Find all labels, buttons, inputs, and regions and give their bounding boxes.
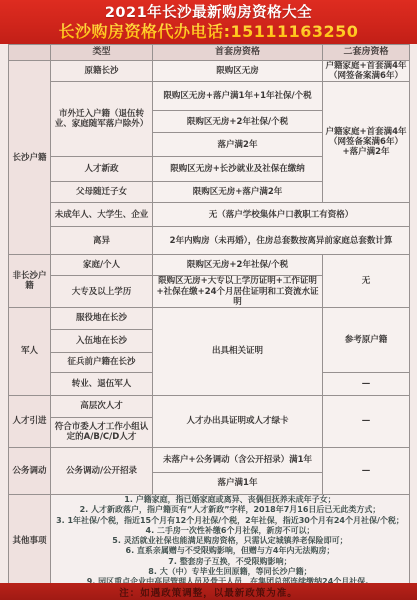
cell-first-home: 限购区无房+落户满2年: [153, 182, 323, 203]
cell-type: 父母随迁子女: [51, 182, 153, 203]
cell-type: 原籍长沙: [51, 61, 153, 82]
note-line: 8. 大（中）专毕业生回原籍，等同长沙户籍；: [53, 567, 407, 577]
table-row: 未成年人、大学生、企业 无（落户学校集体户口教职工有资格）: [9, 203, 410, 227]
table-row: 其他事项 1. 户籍家庭，指已婚家庭或离异、丧偶但抚养未成年子女； 2. 人才新…: [9, 494, 410, 588]
cell-first-home: 2年内购房（未再婚），住房总套数按离异前家庭总套数计算: [153, 227, 410, 255]
cell-type: 征兵前户籍在长沙: [51, 352, 153, 372]
cell-first-home: 限购区无房+长沙就业及社保在缴纳: [153, 157, 323, 182]
table-row: 长沙户籍 原籍长沙 限购区无房 户籍家庭+首套满4年（网签备案满6年）: [9, 61, 410, 82]
note-line: 7. 整套房子互换，不受限购影响；: [53, 557, 407, 567]
group-label-non-changsha: 非长沙户籍: [9, 255, 51, 308]
cell-first-home: 限购区无房+2年社保/个税: [153, 111, 323, 133]
cell-type: 转业、退伍军人: [51, 372, 153, 395]
cell-second-home: 参考原户籍: [323, 307, 410, 372]
cell-type: 人才新政: [51, 157, 153, 182]
footer-note: 注：如遇政策调整，以最新政策为准。: [119, 585, 298, 599]
group-label-military: 军人: [9, 307, 51, 395]
qualification-table: 类型 首套房资格 二套房资格 长沙户籍 原籍长沙 限购区无房 户籍家庭+首套满4…: [8, 44, 410, 589]
cell-type: 公务调动/公开招录: [51, 447, 153, 494]
cell-type: 符合市委人才工作小组认定的A/B/C/D人才: [51, 417, 153, 447]
cell-type: 入伍地在长沙: [51, 329, 153, 352]
column-header-second-home: 二套房资格: [323, 45, 410, 61]
group-label-transfer: 公务调动: [9, 447, 51, 494]
cell-type: 服役地在长沙: [51, 307, 153, 329]
cell-first-home: 人才办出具证明或人才绿卡: [153, 395, 323, 447]
cell-second-home: —: [323, 395, 410, 447]
column-header-type: 类型: [51, 45, 153, 61]
cell-first-home: 限购区无房+大专以上学历证明+工作证明+社保在缴+24个月居住证明和工资流水证明: [153, 276, 323, 308]
note-line: 1. 户籍家庭，指已婚家庭或离异、丧偶但抚养未成年子女；: [53, 495, 407, 505]
cell-first-home: 落户满1年: [153, 472, 323, 494]
group-label-changsha: 长沙户籍: [9, 61, 51, 255]
cell-type: 高层次人才: [51, 395, 153, 417]
cell-first-home: 无（落户学校集体户口教职工有资格）: [153, 203, 410, 227]
cell-first-home: 限购区无房: [153, 61, 323, 82]
group-label-other: 其他事项: [9, 494, 51, 588]
cell-type: 大专及以上学历: [51, 276, 153, 308]
header-row: 类型 首套房资格 二套房资格: [9, 45, 410, 61]
table-row: 非长沙户籍 家庭/个人 限购区无房+2年社保/个税 无: [9, 255, 410, 276]
banner: 2021年长沙最新购房资格大全 长沙购房资格代办电话:15111163250: [0, 0, 417, 44]
cell-first-home: 落户满2年: [153, 133, 323, 157]
banner-phone-line: 长沙购房资格代办电话:15111163250: [59, 22, 359, 42]
note-line: 5. 灵活就业社保也能满足购房资格，只需认定城镇养老保险即可；: [53, 536, 407, 546]
cell-second-home: 户籍家庭+首套满4年（网签备案满6年）: [323, 61, 410, 82]
table-row: 市外迁入户籍（退伍转业、家庭随军落户除外） 限购区无房+落户满1年+1年社保/个…: [9, 82, 410, 111]
column-header-empty: [9, 45, 51, 61]
banner-title: 2021年长沙最新购房资格大全: [105, 4, 312, 22]
column-header-first-home: 首套房资格: [153, 45, 323, 61]
cell-second-home: 户籍家庭+首套满4年（网签备案满6年）+落户满2年: [323, 82, 410, 203]
cell-second-home: —: [323, 447, 410, 494]
table-row: 人才引进 高层次人才 人才办出具证明或人才绿卡 —: [9, 395, 410, 417]
table-row: 公务调动 公务调动/公开招录 未落户+公务调动（含公开招录）满1年 —: [9, 447, 410, 472]
phone-label: 长沙购房资格代办电话: [59, 22, 224, 41]
note-line: 3. 1年社保/个税，指近15个月有12个月社保/个税，2年社保，指近30个月有…: [53, 516, 407, 526]
phone-number: 15111163250: [230, 22, 358, 41]
table-row: 军人 服役地在长沙 出具相关证明 参考原户籍: [9, 307, 410, 329]
cell-type: 家庭/个人: [51, 255, 153, 276]
cell-second-home: —: [323, 372, 410, 395]
flyer-page: 2021年长沙最新购房资格大全 长沙购房资格代办电话:15111163250 类…: [0, 0, 417, 600]
group-label-talent: 人才引进: [9, 395, 51, 447]
cell-type: 未成年人、大学生、企业: [51, 203, 153, 227]
cell-second-home: 无: [323, 255, 410, 308]
note-line: 4. 二手房一次性补缴6个月社保，新房不可以；: [53, 526, 407, 536]
cell-type: 离异: [51, 227, 153, 255]
cell-first-home: 限购区无房+落户满1年+1年社保/个税: [153, 82, 323, 111]
footer-bar: 注：如遇政策调整，以最新政策为准。: [0, 583, 417, 600]
note-line: 2. 人才新政落户，指户籍页有“人才新政”字样，2018年7月16日后已无此类方…: [53, 505, 407, 515]
note-line: 6. 直系亲属赠与不受限购影响，但赠与方4年内无法购房；: [53, 546, 407, 556]
cell-first-home: 出具相关证明: [153, 307, 323, 395]
table-row: 离异 2年内购房（未再婚），住房总套数按离异前家庭总套数计算: [9, 227, 410, 255]
notes-cell: 1. 户籍家庭，指已婚家庭或离异、丧偶但抚养未成年子女； 2. 人才新政落户，指…: [51, 494, 410, 588]
cell-first-home: 未落户+公务调动（含公开招录）满1年: [153, 447, 323, 472]
cell-first-home: 限购区无房+2年社保/个税: [153, 255, 323, 276]
cell-type: 市外迁入户籍（退伍转业、家庭随军落户除外）: [51, 82, 153, 157]
